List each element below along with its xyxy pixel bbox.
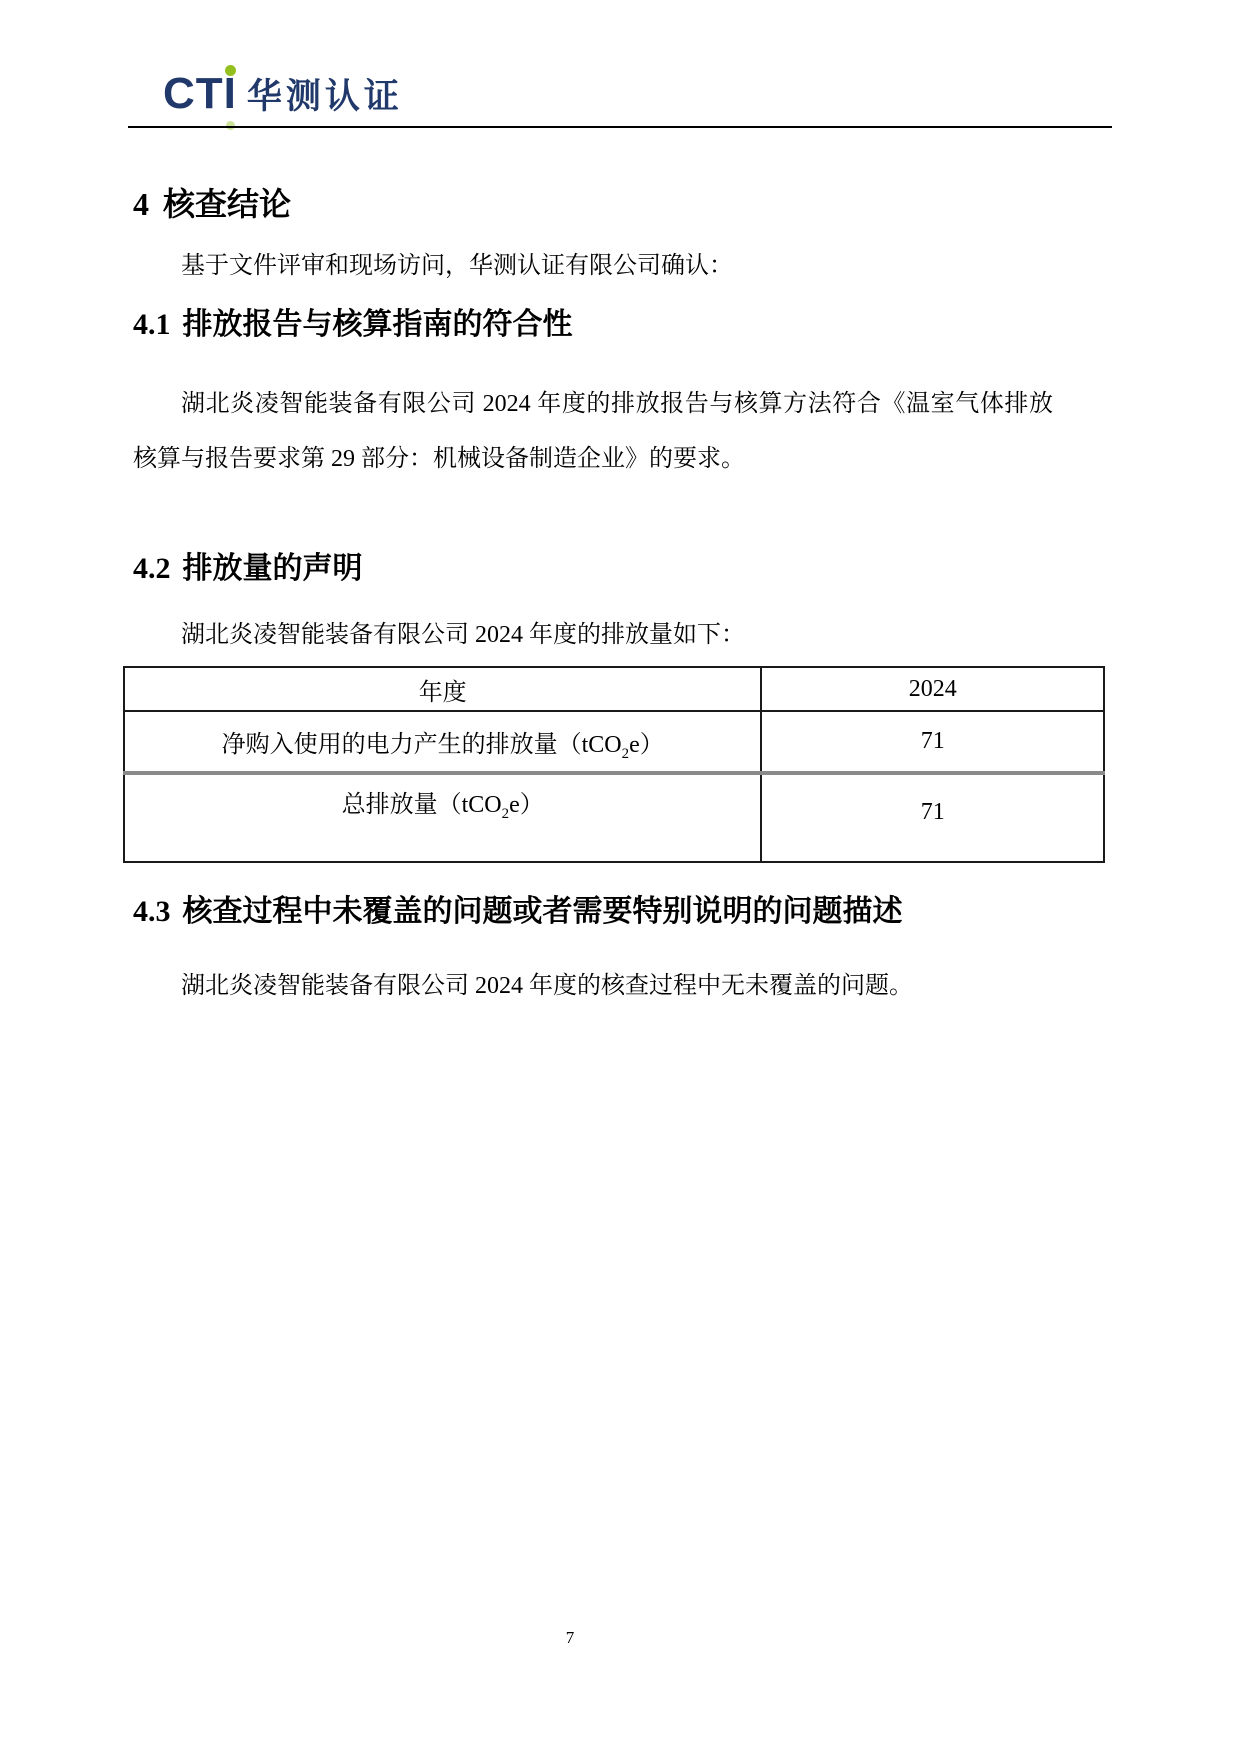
section-4-title: 核查结论 xyxy=(163,186,291,222)
section-4-2-paragraph: 湖北炎凌智能装备有限公司 2024 年度的排放量如下： xyxy=(133,617,1095,653)
cti-logo-text: CTI xyxy=(163,69,237,118)
section-4-1-heading: 4.1排放报告与核算指南的符合性 xyxy=(133,306,573,344)
electricity-emissions-label: 净购入使用的电力产生的排放量（tCO xyxy=(222,732,622,758)
total-emissions-label-cell: 总排放量（tCO2e） xyxy=(124,773,761,862)
total-emissions-label-end: e） xyxy=(509,792,544,818)
co2-subscript: 2 xyxy=(502,806,509,822)
cti-logo-chinese-text: 华测认证 xyxy=(247,79,403,116)
emissions-table: 年度 2024 净购入使用的电力产生的排放量（tCO2e） 71 总排放量（tC… xyxy=(123,666,1105,863)
table-row-total-emissions: 总排放量（tCO2e） 71 xyxy=(124,773,1104,862)
header-divider xyxy=(128,126,1112,128)
table-row-year: 年度 2024 xyxy=(124,667,1104,711)
co2-subscript: 2 xyxy=(622,746,629,762)
page-number: 7 xyxy=(133,1628,1007,1648)
total-emissions-label: 总排放量（tCO xyxy=(342,792,502,818)
section-4-3-heading: 4.3核查过程中未覆盖的问题或者需要特别说明的问题描述 xyxy=(133,893,903,931)
logo-green-dot-icon xyxy=(225,65,236,76)
electricity-emissions-label-cell: 净购入使用的电力产生的排放量（tCO2e） xyxy=(124,711,761,773)
electricity-emissions-value-cell: 71 xyxy=(761,711,1104,773)
report-page: CTI 华测认证 4核查结论 基于文件评审和现场访问，华测认证有限公司确认： 4… xyxy=(0,0,1240,1754)
section-4-heading: 4核查结论 xyxy=(133,184,291,226)
section-4-1-title: 排放报告与核算指南的符合性 xyxy=(183,308,573,341)
section-4-3-paragraph: 湖北炎凌智能装备有限公司 2024 年度的核查过程中无未覆盖的问题。 xyxy=(133,968,1095,1004)
page-header: CTI 华测认证 xyxy=(163,72,403,116)
total-emissions-value-cell: 71 xyxy=(761,773,1104,862)
section-4-1-paragraph: 湖北炎凌智能装备有限公司 2024 年度的排放报告与核算方法符合《温室气体排放核… xyxy=(133,377,1053,487)
section-4-3-title: 核查过程中未覆盖的问题或者需要特别说明的问题描述 xyxy=(183,895,903,928)
cti-logo: CTI xyxy=(163,72,237,116)
section-4-number: 4 xyxy=(133,186,149,222)
year-header-cell: 年度 xyxy=(124,667,761,711)
electricity-emissions-label-end: e） xyxy=(629,732,664,758)
table-row-electricity-emissions: 净购入使用的电力产生的排放量（tCO2e） 71 xyxy=(124,711,1104,773)
section-4-2-heading: 4.2排放量的声明 xyxy=(133,550,363,588)
section-4-2-title: 排放量的声明 xyxy=(183,552,363,585)
section-4-intro-paragraph: 基于文件评审和现场访问，华测认证有限公司确认： xyxy=(133,248,1095,284)
year-value-cell: 2024 xyxy=(761,667,1104,711)
section-4-1-number: 4.1 xyxy=(133,308,171,341)
section-4-3-number: 4.3 xyxy=(133,895,171,928)
section-4-2-number: 4.2 xyxy=(133,552,171,585)
